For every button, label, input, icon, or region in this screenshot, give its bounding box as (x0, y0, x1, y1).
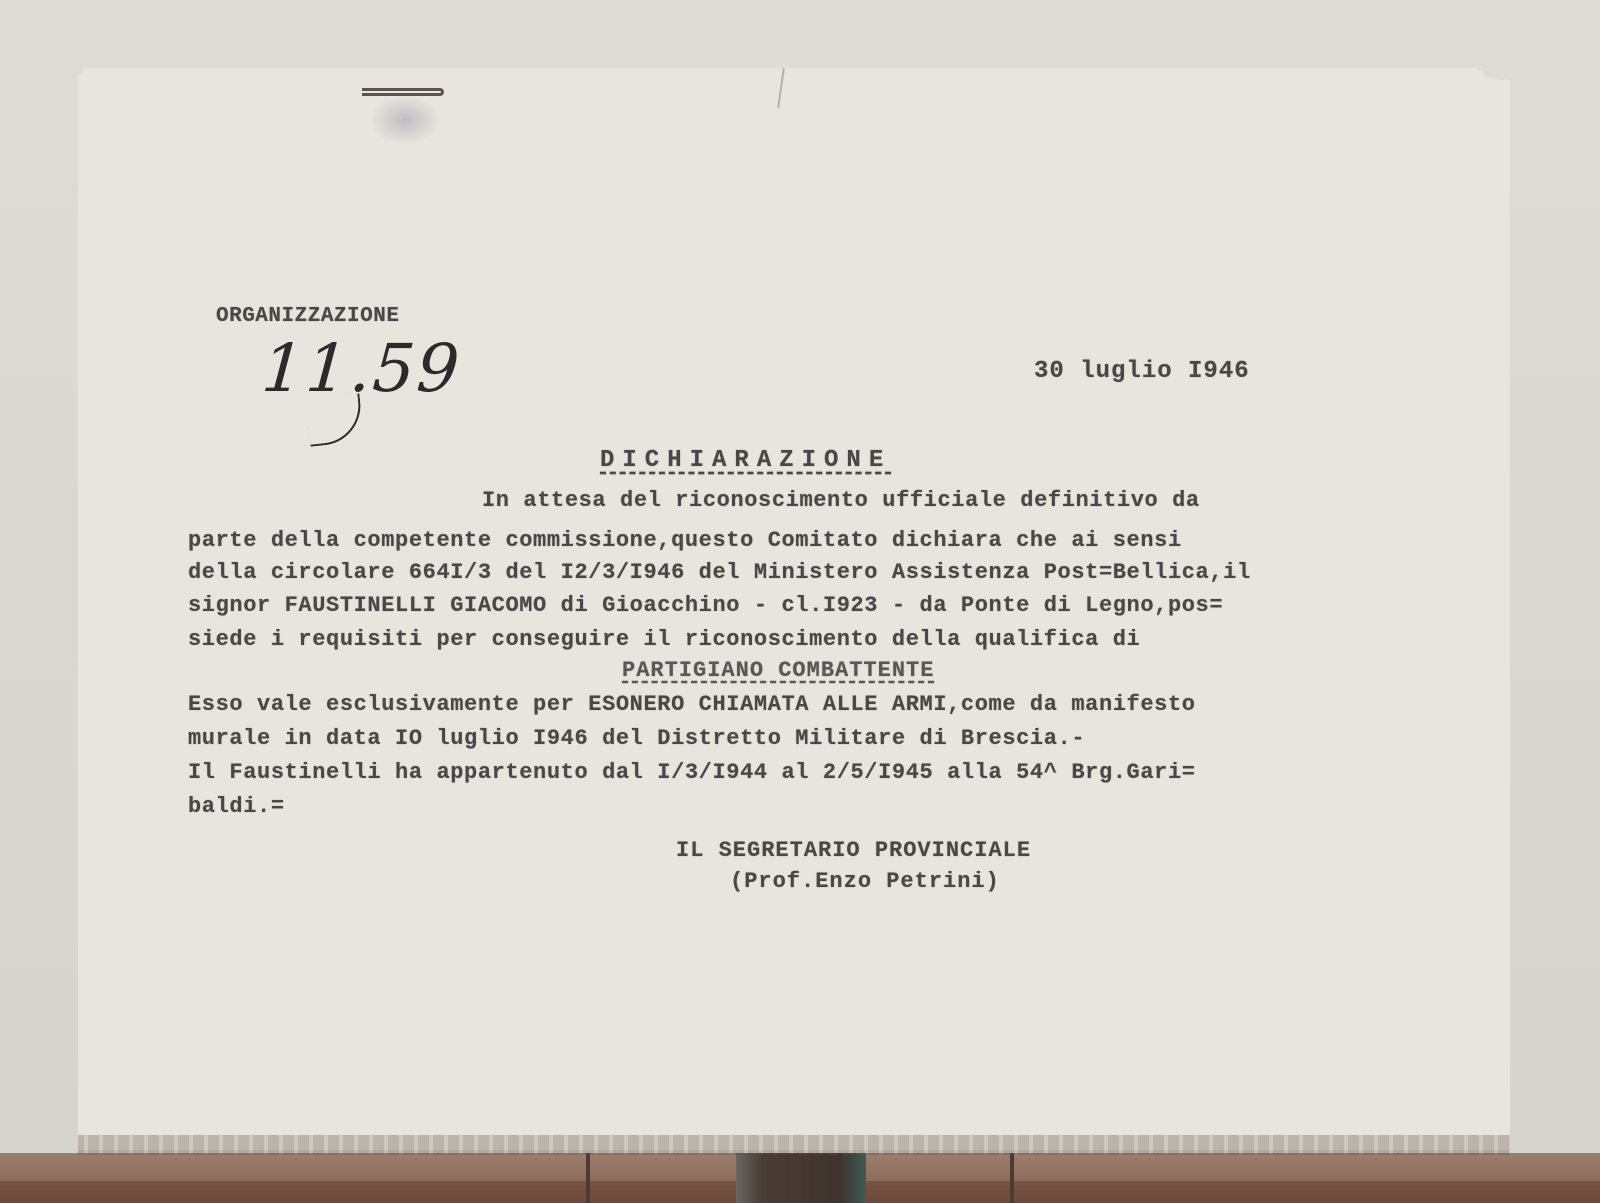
shelf-divider (1010, 1153, 1014, 1203)
qualification-heading: PARTIGIANO COMBATTENTE (622, 658, 934, 683)
signature-title: IL SEGRETARIO PROVINCIALE (676, 838, 1031, 863)
body-line: parte della competente commissione,quest… (188, 528, 1182, 553)
signature-name: (Prof.Enzo Petrini) (730, 869, 1000, 894)
handwritten-number: 11.59 (259, 330, 463, 407)
body-line: signor FAUSTINELLI GIACOMO di Gioacchino… (188, 593, 1223, 618)
body-line: Esso vale esclusivamente per ESONERO CHI… (188, 692, 1196, 717)
document-date: 30 luglio I946 (1034, 358, 1250, 385)
body-line: In attesa del riconoscimento ufficiale d… (482, 488, 1200, 513)
body-line: murale in data IO luglio I946 del Distre… (188, 726, 1085, 751)
body-line: siede i requisiti per conseguire il rico… (188, 627, 1140, 652)
body-line: baldi.= (188, 794, 285, 819)
staple-tear-shadow (370, 95, 440, 145)
shelf-divider (586, 1153, 590, 1203)
organization-header: ORGANIZZAZIONE (216, 305, 399, 328)
body-line: della circolare 664I/3 del I2/3/I946 del… (188, 560, 1251, 585)
staple-icon (362, 88, 444, 96)
document-title: DICHIARAZIONE (600, 447, 891, 474)
shelf-gap (736, 1153, 866, 1203)
body-line: Il Faustinelli ha appartenuto dal I/3/I9… (188, 760, 1196, 785)
paper-bottom-edge (78, 1135, 1510, 1155)
